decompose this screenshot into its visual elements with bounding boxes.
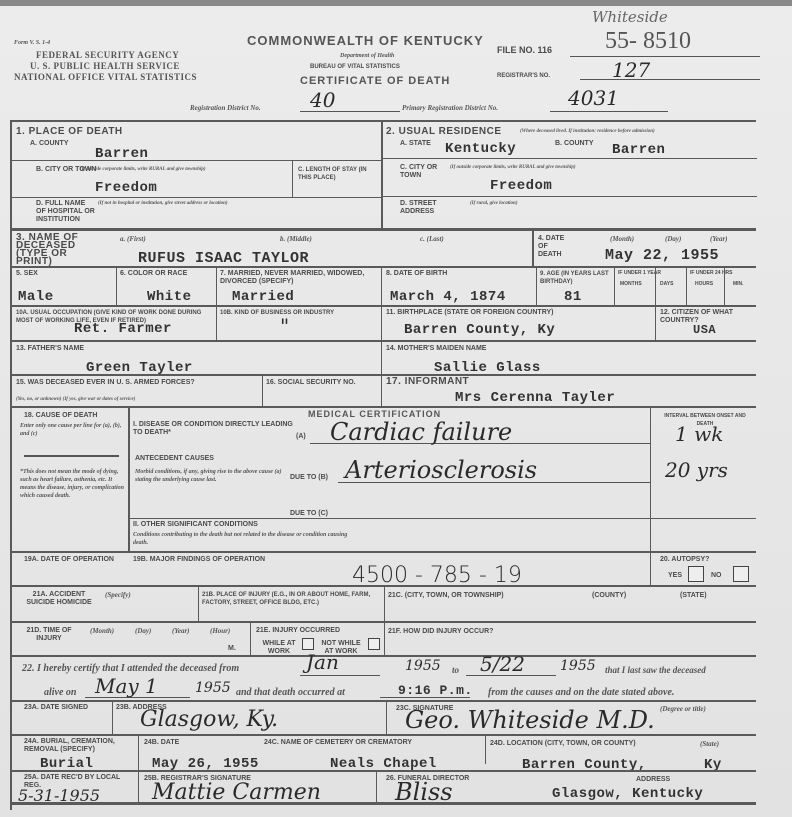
ur-state-label: a. STATE [400,140,431,148]
usual-residence-label: 2. USUAL RESIDENCE [386,128,502,136]
divider [384,585,385,655]
registrar-no-value: 127 [612,58,650,82]
primary-district-value: 4031 [568,86,619,110]
cert-last-seen: May 1 [95,674,158,698]
occupation: Ret. Farmer [74,321,172,337]
dob-label: 8. DATE OF BIRTH [386,270,447,278]
injury-time-hour: (Hour) [210,627,230,635]
line-c-label: DUE TO (c) [290,510,328,518]
primary-district-line [550,111,668,112]
line-b-label: DUE TO (b) [290,474,328,482]
first-label: a. (First) [120,235,146,243]
while-at-work-checkbox[interactable] [302,638,314,650]
divider [614,266,615,306]
file-no-label: FILE NO. 116 [497,46,552,54]
age: 81 [564,289,582,305]
father-label: 13. FATHER'S NAME [16,345,84,353]
agency-line-1: FEDERAL SECURITY AGENCY [36,50,179,60]
registrar-no-label: REGISTRAR'S NO. [497,72,550,80]
rule [128,518,756,519]
rule [10,340,756,342]
divider [198,585,199,621]
divider [128,406,130,551]
injury-county-label: (COUNTY) [592,592,626,600]
burial-date-label: 24b. DATE [144,739,179,747]
date-of-death: May 22, 1955 [605,247,719,264]
divider [250,621,251,655]
injury-time-m: m. [228,645,236,653]
sex: Male [18,289,54,305]
ssn-label: 16. SOCIAL SECURITY NO. [266,379,378,387]
divider [381,120,383,228]
cemetery-label: 24c. NAME OF CEMETERY OR CREMATORY [264,739,412,747]
divider [381,266,382,406]
antecedent-label: ANTECEDENT CAUSES [135,455,214,463]
armed-forces-note: (Yes, no, or unknown) (If yes, give war … [16,396,135,404]
race: White [147,289,192,305]
hospital-label: d. FULL NAME OF HOSPITAL OR INSTITUTION [36,200,96,224]
file-no-value: 55- 8510 [605,28,691,55]
form-number: Form V. S. 1-4 [14,39,50,47]
rule [10,120,756,122]
industry-label: 10b. KIND OF BUSINESS OR INDUSTRY [220,309,380,317]
autopsy-yes-checkbox[interactable] [688,566,704,582]
name-label: 3. NAME OF DECEASED (Type or Print) [16,234,106,266]
rule [10,802,756,805]
informant: Mrs Cerenna Tayler [455,390,615,406]
divider [376,770,377,802]
ur-street-note: (If rural, give location) [470,200,518,208]
part1-label: I. DISEASE OR CONDITION DIRECTLY LEADING… [133,421,303,437]
divider [655,266,656,306]
usual-residence-note: (Where deceased lived. If institution: r… [520,128,655,136]
deceased-name: RUFUS ISAAC TAYLOR [138,250,309,267]
reg-district-value: 40 [310,88,335,112]
rule [10,551,756,553]
age-unit-months: Months [620,280,642,288]
injury-time-year: (Year) [172,627,190,635]
injury-city-label: 21c. (CITY, TOWN, OR TOWNSHIP) [388,592,504,600]
cert-line2-prefix: alive on [44,689,77,697]
citizen: USA [693,323,716,337]
injury-time-label: 21d. TIME OF INJURY [24,627,74,643]
cause-b: Arteriosclerosis [345,456,537,484]
middle-label: b. (Middle) [280,235,312,243]
department: Department of Health [340,52,394,60]
divider [262,374,263,406]
injury-specify: (Specify) [105,591,131,599]
rule [10,770,756,772]
ur-city-label: c. CITY OR TOWN [400,164,440,180]
divider [292,160,293,198]
cert-year1: 1955 [405,658,441,674]
injury-how-label: 21f. HOW DID INJURY OCCUR? [388,628,493,636]
registrar-no-line [580,79,760,80]
part2-label: II. OTHER SIGNIFICANT CONDITIONS [133,521,258,529]
rule [10,228,756,231]
fd-address-label: ADDRESS [636,776,670,784]
marital-label: 7. MARRIED, NEVER MARRIED, WIDOWED, DIVO… [220,270,380,286]
op-date-label: 19a. DATE OF OPERATION [24,556,124,564]
pod-city-note: (If outside corporate limits, write RURA… [80,166,206,174]
race-label: 6. COLOR OR RACE [120,270,187,278]
dod-year-col: (Year) [710,235,728,243]
ur-city: Freedom [490,178,552,194]
divider [386,700,387,734]
rule [10,305,756,307]
cause-a: Cardiac failure [330,418,512,446]
dob: March 4, 1874 [390,289,506,305]
primary-district-label: Primary Registration District No. [402,104,498,112]
sex-label: 5. SEX [16,270,38,278]
hospital-note: (If not in hospital or institution, give… [98,200,228,208]
injury-occurred-label: 21e. INJURY OCCURRED [256,627,340,635]
autopsy-no-checkbox[interactable] [733,566,749,582]
divider [650,406,651,552]
age-label: 9. AGE (In years last birthday) [540,270,620,286]
fd-address: Glasgow, Kentucky [552,786,703,802]
injury-state-label: (STATE) [680,592,707,600]
divider [112,700,113,734]
op-findings-label: 19b. MAJOR FINDINGS OF OPERATION [133,556,265,564]
cert-from: Jan [306,650,339,674]
agency-line-2: U. S. PUBLIC HEALTH SERVICE [30,61,180,71]
ur-city-note: (If outside corporate limits, write RURA… [450,164,576,172]
rule [10,197,382,198]
rule [10,700,756,702]
injury-type-label: 21a. ACCIDENT SUICIDE HOMICIDE [24,591,94,607]
cert-line2-suffix: from the causes and on the date stated a… [488,689,674,697]
age-unit-min: Min. [733,280,744,288]
divider [532,228,534,266]
pod-city: Freedom [95,180,157,196]
ur-county: Barren [612,142,665,158]
cert-line1-prefix: 22. I hereby certify that I attended the… [22,665,239,673]
divider [216,266,217,306]
injury-time-day: (Day) [135,627,151,635]
cert-to-word: to [452,666,459,674]
interval-b: 20 yrs [665,458,728,482]
line-a-label: (a) [296,433,306,441]
place-of-death-label: 1. PLACE OF DEATH [16,128,123,136]
rule [300,675,380,676]
rule [10,374,756,376]
cert-to: 5/22 [480,652,525,676]
age-sub-under-24-hrs: If Under 24 Hrs [690,269,733,277]
length-of-stay-label: c. LENGTH OF STAY (in this place) [298,166,378,182]
reg-district-label: Registration District No. [190,104,261,112]
birthplace: Barren County, Ky [404,322,555,338]
informant-label: 17. INFORMANT [386,378,469,386]
cert-year2: 1955 [560,658,596,674]
autopsy-label: 20. AUTOPSY? [660,556,709,564]
divider [686,266,687,306]
part2-note: Conditions contributing to the death but… [133,531,363,547]
agency-line-3: NATIONAL OFFICE VITAL STATISTICS [14,72,197,82]
death-certificate: Form V. S. 1-4 FEDERAL SECURITY AGENCY U… [0,0,792,817]
state-title: COMMONWEALTH OF KENTUCKY [247,33,484,48]
industry: " [280,314,289,338]
scan-edge [0,0,792,6]
while-at-work-label: WHILE AT WORK [256,640,302,656]
interval-a: 1 wk [675,422,723,446]
frame-left [10,120,12,810]
ur-street-label: d. STREET ADDRESS [400,200,440,216]
rule [10,160,382,161]
physician-address: Glasgow, Ky. [140,707,278,732]
pod-county-label: a. COUNTY [30,140,69,148]
divider [116,266,117,306]
injury-place-label: 21b. PLACE OF INJURY (e.g., in or about … [202,591,382,607]
marital: Married [232,289,294,305]
divider [724,266,725,306]
rule [24,455,119,457]
age-unit-days: Days [660,280,673,288]
rule [10,655,756,657]
mother-label: 14. MOTHER'S MAIDEN NAME [386,345,486,353]
rule [10,585,756,587]
last-label: c. (Last) [420,235,444,243]
cert-time: 9:16 P.m. [398,683,473,698]
rule [10,621,756,623]
file-annotation: Whiteside [592,8,668,26]
autopsy-no-label: NO [711,572,722,580]
certificate-title: CERTIFICATE OF DEATH [300,75,450,87]
ur-state: Kentucky [445,141,516,157]
armed-forces-label: 15. WAS DECEASED EVER IN U. S. ARMED FOR… [16,379,266,387]
rule [381,158,757,159]
cause-footnote: *This does not mean the mode of dying, s… [20,468,128,500]
ur-county-label: b. COUNTY [555,140,594,148]
burial-location-label: 24d. LOCATION (City, town, or county) [490,740,636,748]
injury-time-month: (Month) [90,627,114,635]
cause-label: 18. CAUSE OF DEATH [24,412,97,420]
divider [485,734,486,764]
dod-day-col: (Day) [665,235,681,243]
burial-type-label: 24a. BURIAL, CREMATION, REMOVAL (Specify… [24,738,134,754]
rule [10,266,756,268]
divider [536,266,537,306]
date-of-death-label: 4. DATE OF DEATH [538,235,573,259]
rule [10,734,756,736]
not-while-at-work-checkbox[interactable] [368,638,380,650]
autopsy-yes-label: YES [668,572,682,580]
cert-line1-suffix: that I last saw the deceased [605,666,706,674]
divider [650,551,651,585]
antecedent-note: Morbid conditions, if any, giving rise t… [135,468,285,484]
dod-month-col: (Month) [610,235,634,243]
cause-note: Enter only one cause per line for (a), (… [20,422,128,438]
divider [138,734,139,802]
cert-year3: 1955 [195,680,231,696]
age-unit-hours: Hours [695,280,713,288]
divider [216,305,217,341]
file-no-line [570,56,760,57]
degree-label: (Degree or title) [660,705,706,713]
birthplace-label: 11. BIRTHPLACE (State or foreign country… [386,309,554,317]
cert-line2-mid: and that death occurred at [236,689,345,697]
burial-location-state-label: (State) [700,740,719,748]
rule [10,406,756,408]
physician-signature: Geo. Whiteside M.D. [405,706,655,734]
date-signed-label: 23a. DATE SIGNED [24,704,88,712]
divider [655,305,656,341]
rule [381,196,757,197]
bureau: BUREAU OF VITAL STATISTICS [310,63,400,71]
